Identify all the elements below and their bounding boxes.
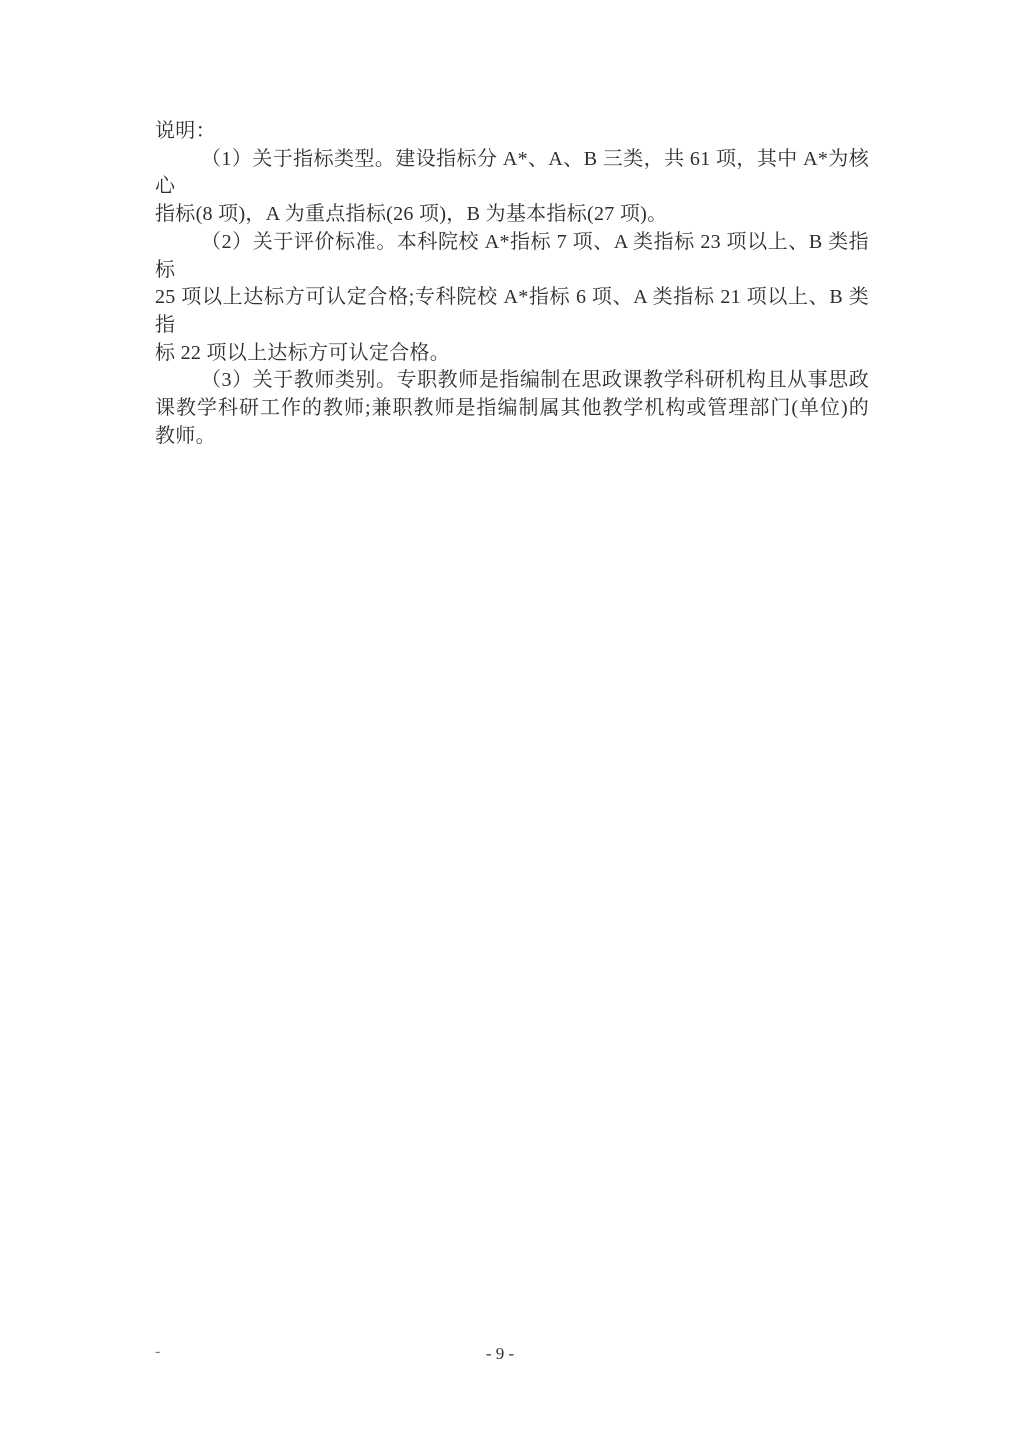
paragraph-2-line-3: 标 22 项以上达标方可认定合格。 (155, 340, 869, 368)
paragraph-1-line-2: 指标(8 项)，A 为重点指标(26 项)，B 为基本指标(27 项)。 (155, 201, 869, 229)
paragraph-2-line-2: 25 项以上达标方可认定合格;专科院校 A*指标 6 项、A 类指标 21 项以… (155, 284, 869, 339)
notes-heading: 说明： (155, 118, 869, 146)
paragraph-3-line-3: 教师。 (155, 423, 869, 451)
notes-section: 说明： （1）关于指标类型。建设指标分 A*、A、B 三类，共 61 项，其中 … (155, 118, 869, 450)
paragraph-3-line-2: 课教学科研工作的教师;兼职教师是指编制属其他教学机构或管理部门(单位)的 (155, 395, 869, 423)
paragraph-3-line-1: （3）关于教师类别。专职教师是指编制在思政课教学科研机构且从事思政 (155, 367, 869, 395)
document-page: 说明： （1）关于指标类型。建设指标分 A*、A、B 三类，共 61 项，其中 … (0, 0, 1024, 1448)
page-number: - 9 - (0, 1343, 1000, 1365)
paragraph-2-line-1: （2）关于评价标准。本科院校 A*指标 7 项、A 类指标 23 项以上、B 类… (155, 229, 869, 284)
paragraph-1-line-1: （1）关于指标类型。建设指标分 A*、A、B 三类，共 61 项，其中 A*为核… (155, 146, 869, 201)
